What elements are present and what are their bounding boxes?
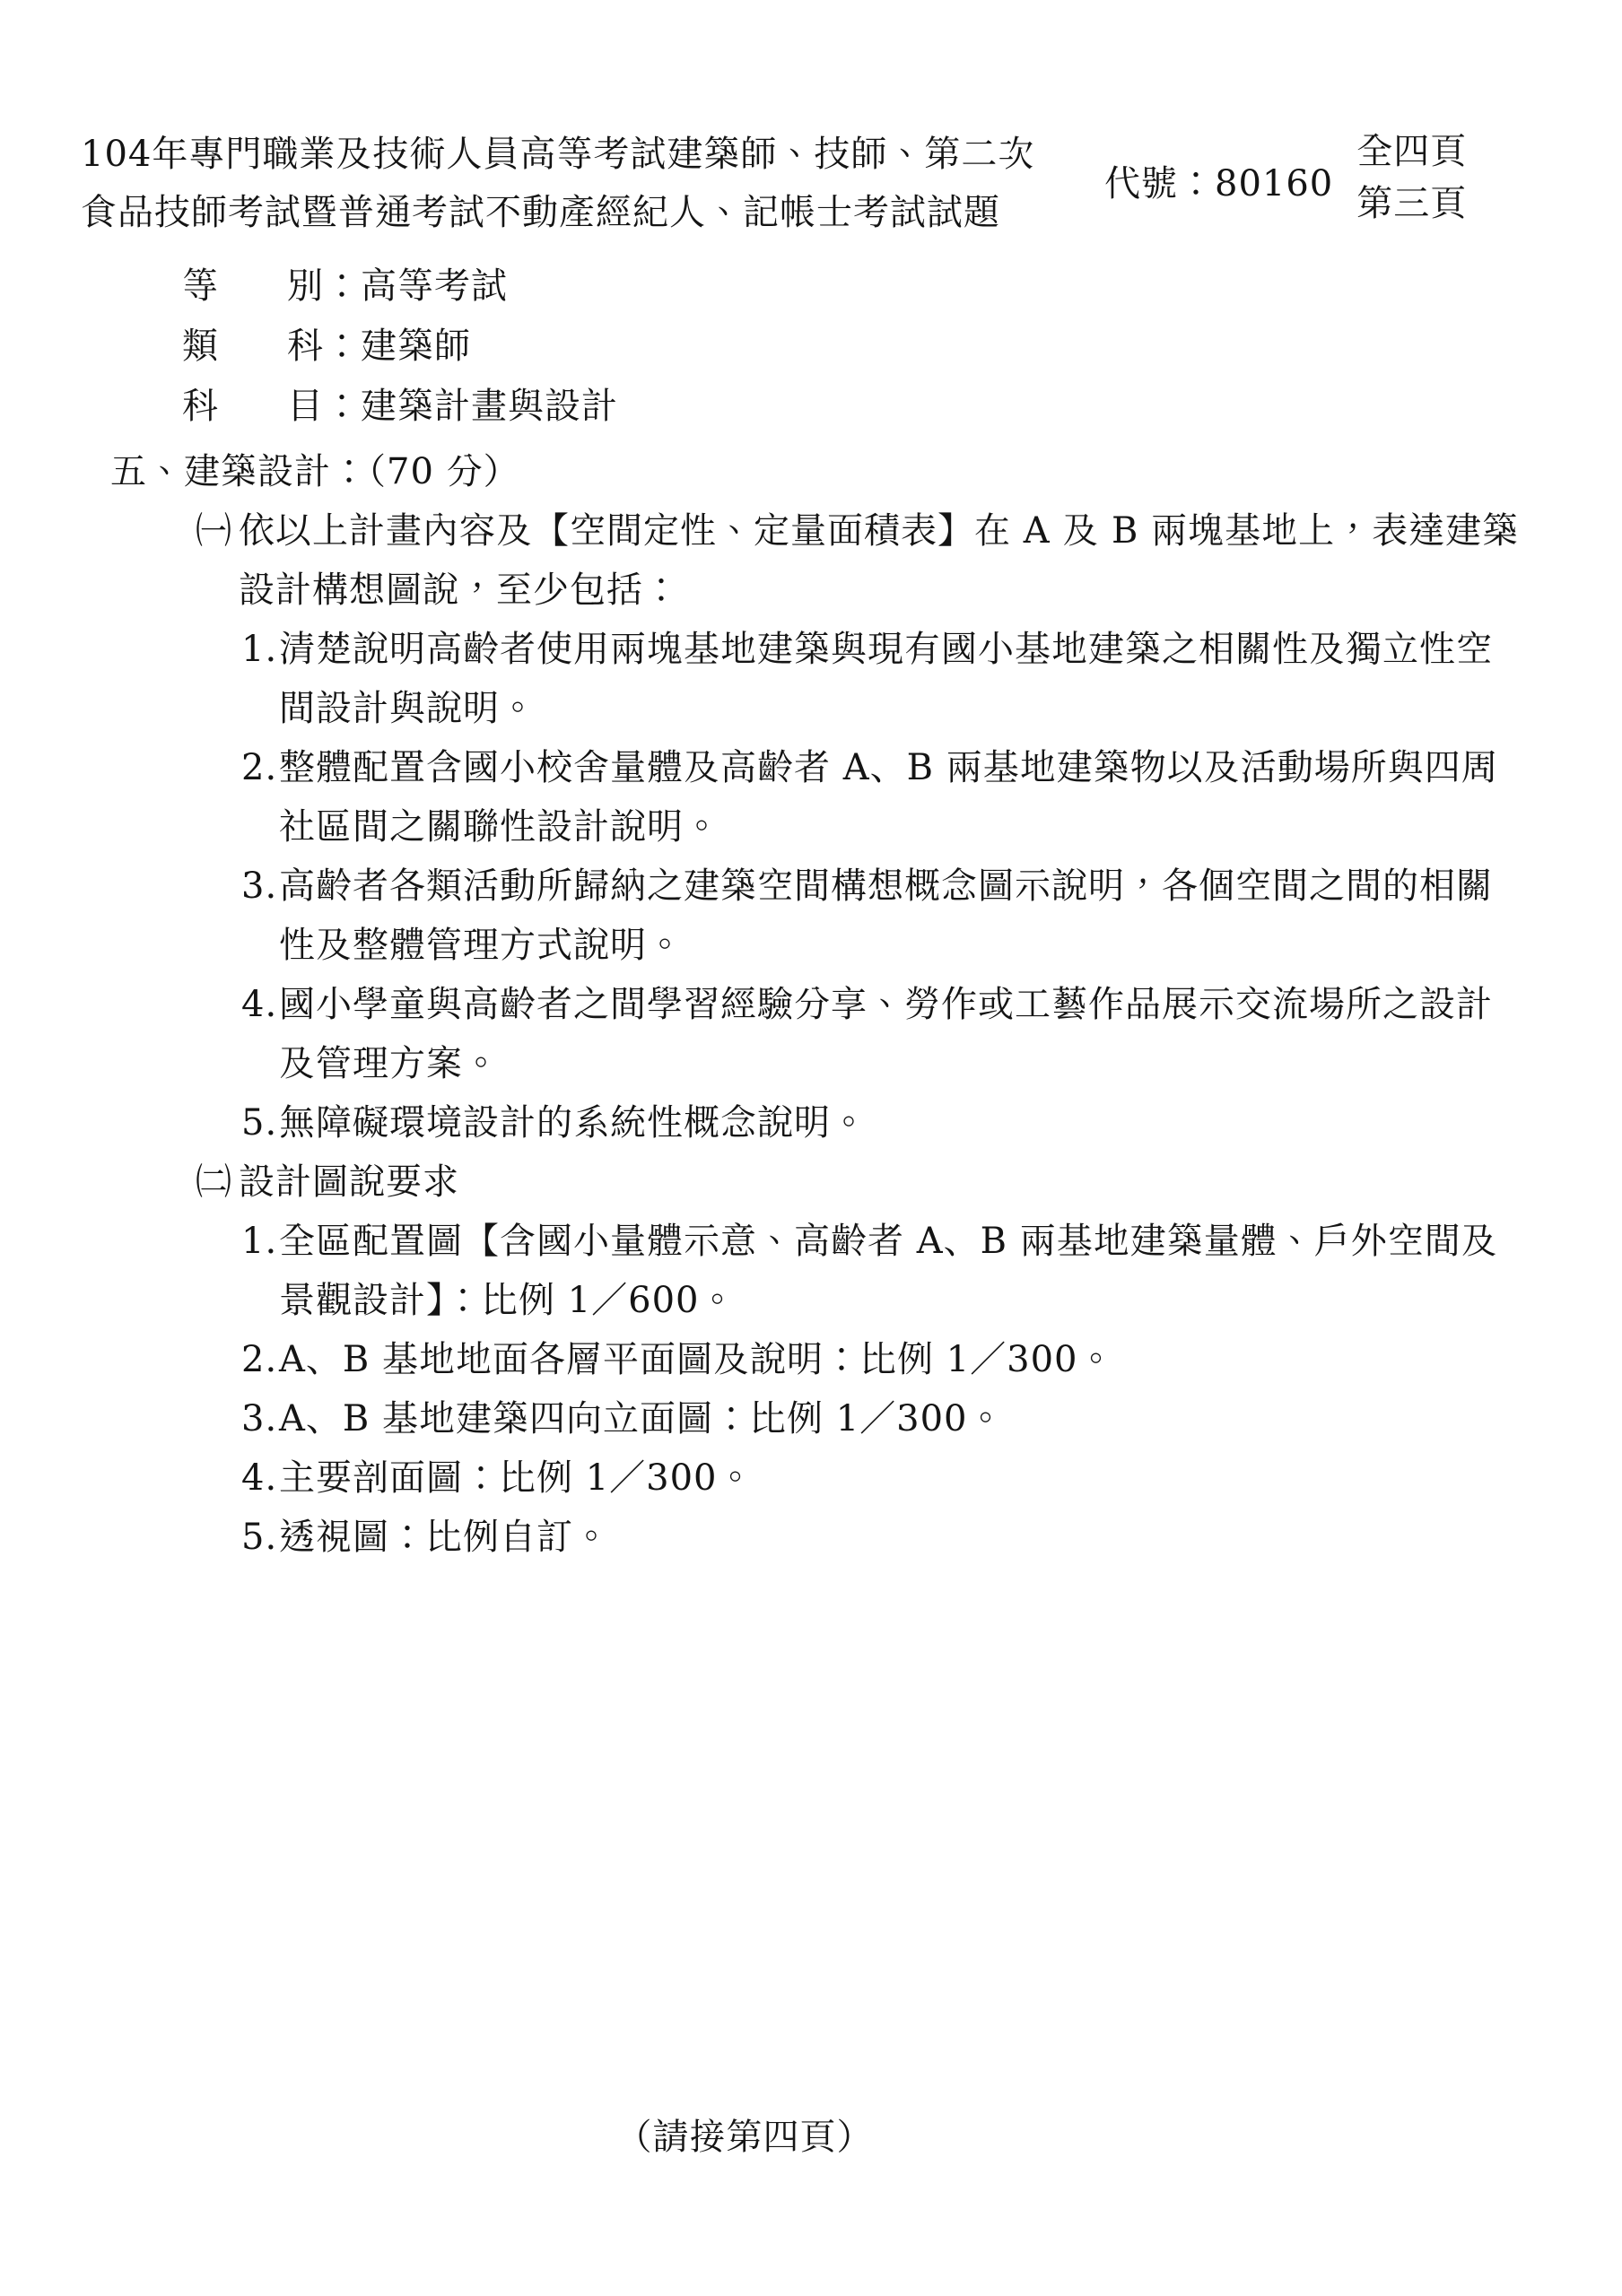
page-header: 104年專門職業及技術人員高等考試建築師、技師、第二次 食品技師考試暨普通考試不… bbox=[81, 126, 1570, 242]
question-title: 建築設計：（70 分） bbox=[184, 451, 520, 492]
section-1-text: 依以上計畫內容及【空間定性、定量面積表】在 A 及 B 兩塊基地上，表達建築設計… bbox=[239, 501, 1530, 620]
exam-title: 104年專門職業及技術人員高等考試建築師、技師、第二次 食品技師考試暨普通考試不… bbox=[81, 126, 1063, 242]
item-number: 4. bbox=[241, 1448, 279, 1508]
page-number: 第三頁 bbox=[1356, 178, 1467, 230]
meta-label-char: 科 bbox=[182, 377, 219, 437]
list-item: 1. 全區配置圖【含國小量體示意、高齡者 A、B 兩基地建築量體、戶外空間及景觀… bbox=[241, 1212, 1570, 1330]
exam-code: 代號：80160 bbox=[1104, 154, 1333, 213]
exam-meta: 等別：高等考試 類科：建築師 科目：建築計畫與設計 bbox=[182, 257, 1570, 437]
meta-row-subject: 科目：建築計畫與設計 bbox=[182, 377, 1570, 437]
list-item: 2. 整體配置含國小校舍量體及高齡者 A、B 兩基地建築物以及活動場所與四周社區… bbox=[241, 738, 1570, 857]
section-2-items: 1. 全區配置圖【含國小量體示意、高齡者 A、B 兩基地建築量體、戶外空間及景觀… bbox=[241, 1212, 1570, 1567]
item-text: 無障礙環境設計的系統性概念說明。 bbox=[279, 1093, 868, 1152]
meta-label-char: 別 bbox=[287, 257, 324, 317]
meta-label-char: 科 bbox=[287, 317, 324, 377]
item-number: 1. bbox=[241, 1212, 279, 1330]
meta-value-grade: 高等考試 bbox=[361, 265, 508, 307]
meta-colon: ： bbox=[324, 265, 361, 307]
item-text: A、B 基地建築四向立面圖：比例 1／300。 bbox=[279, 1389, 1005, 1448]
question-heading: 五、建築設計：（70 分） bbox=[110, 442, 1570, 501]
meta-value-category: 建築師 bbox=[361, 326, 471, 367]
meta-label-subject: 科目 bbox=[182, 377, 324, 437]
section-2-marker: ㈡ bbox=[196, 1152, 239, 1212]
section-1-items: 1. 清楚說明高齡者使用兩塊基地建築與現有國小基地建築之相關性及獨立性空間設計與… bbox=[241, 620, 1570, 1152]
item-number: 2. bbox=[241, 1330, 279, 1389]
meta-label-category: 類科 bbox=[182, 317, 324, 377]
meta-label-char: 類 bbox=[182, 317, 219, 377]
item-text: 清楚說明高齡者使用兩塊基地建築與現有國小基地建築之相關性及獨立性空間設計與說明。 bbox=[279, 620, 1499, 738]
question-number: 五、 bbox=[110, 451, 184, 492]
item-text: 高齡者各類活動所歸納之建築空間構想概念圖示說明，各個空間之間的相關性及整體管理方… bbox=[279, 857, 1499, 975]
exam-title-line-2: 食品技師考試暨普通考試不動產經紀人、記帳士考試試題 bbox=[81, 184, 1063, 242]
section-1-marker: ㈠ bbox=[196, 501, 239, 620]
item-number: 5. bbox=[241, 1093, 279, 1152]
meta-value-subject: 建築計畫與設計 bbox=[361, 386, 618, 427]
exam-paper-page: 104年專門職業及技術人員高等考試建築師、技師、第二次 食品技師考試暨普通考試不… bbox=[0, 0, 1622, 2296]
meta-row-category: 類科：建築師 bbox=[182, 317, 1570, 377]
exam-title-line-1: 104年專門職業及技術人員高等考試建築師、技師、第二次 bbox=[81, 126, 1063, 184]
item-text: A、B 基地地面各層平面圖及說明：比例 1／300。 bbox=[279, 1330, 1115, 1389]
meta-colon: ： bbox=[324, 326, 361, 367]
meta-colon: ： bbox=[324, 386, 361, 427]
item-number: 1. bbox=[241, 620, 279, 738]
item-text: 國小學童與高齡者之間學習經驗分享、勞作或工藝作品展示交流場所之設計及管理方案。 bbox=[279, 975, 1499, 1093]
item-text: 透視圖：比例自訂。 bbox=[279, 1508, 610, 1567]
item-text: 整體配置含國小校舍量體及高齡者 A、B 兩基地建築物以及活動場所與四周社區間之關… bbox=[279, 738, 1499, 857]
item-number: 3. bbox=[241, 857, 279, 975]
list-item: 1. 清楚說明高齡者使用兩塊基地建築與現有國小基地建築之相關性及獨立性空間設計與… bbox=[241, 620, 1570, 738]
item-text: 全區配置圖【含國小量體示意、高齡者 A、B 兩基地建築量體、戶外空間及景觀設計】… bbox=[279, 1212, 1499, 1330]
page-info: 全四頁 第三頁 bbox=[1356, 126, 1467, 230]
meta-row-grade: 等別：高等考試 bbox=[182, 257, 1570, 317]
item-number: 5. bbox=[241, 1508, 279, 1567]
meta-label-char: 等 bbox=[182, 257, 219, 317]
item-text: 主要剖面圖：比例 1／300。 bbox=[279, 1448, 754, 1508]
list-item: 3. A、B 基地建築四向立面圖：比例 1／300。 bbox=[241, 1389, 1570, 1448]
section-2-text: 設計圖說要求 bbox=[239, 1152, 459, 1212]
meta-label-grade: 等別 bbox=[182, 257, 324, 317]
section-1-head: ㈠ 依以上計畫內容及【空間定性、定量面積表】在 A 及 B 兩塊基地上，表達建築… bbox=[196, 501, 1570, 620]
section-1: ㈠ 依以上計畫內容及【空間定性、定量面積表】在 A 及 B 兩塊基地上，表達建築… bbox=[196, 501, 1570, 1152]
list-item: 5. 無障礙環境設計的系統性概念說明。 bbox=[241, 1093, 1570, 1152]
meta-label-char: 目 bbox=[287, 377, 324, 437]
section-2-head: ㈡ 設計圖說要求 bbox=[196, 1152, 1570, 1212]
item-number: 2. bbox=[241, 738, 279, 857]
list-item: 4. 國小學童與高齡者之間學習經驗分享、勞作或工藝作品展示交流場所之設計及管理方… bbox=[241, 975, 1570, 1093]
list-item: 3. 高齡者各類活動所歸納之建築空間構想概念圖示說明，各個空間之間的相關性及整體… bbox=[241, 857, 1570, 975]
item-number: 3. bbox=[241, 1389, 279, 1448]
item-number: 4. bbox=[241, 975, 279, 1093]
section-2: ㈡ 設計圖說要求 1. 全區配置圖【含國小量體示意、高齡者 A、B 兩基地建築量… bbox=[196, 1152, 1570, 1567]
list-item: 2. A、B 基地地面各層平面圖及說明：比例 1／300。 bbox=[241, 1330, 1570, 1389]
list-item: 5. 透視圖：比例自訂。 bbox=[241, 1508, 1570, 1567]
footer-note: （請接第四頁） bbox=[0, 2108, 1489, 2167]
list-item: 4. 主要剖面圖：比例 1／300。 bbox=[241, 1448, 1570, 1508]
page-total: 全四頁 bbox=[1356, 126, 1467, 178]
